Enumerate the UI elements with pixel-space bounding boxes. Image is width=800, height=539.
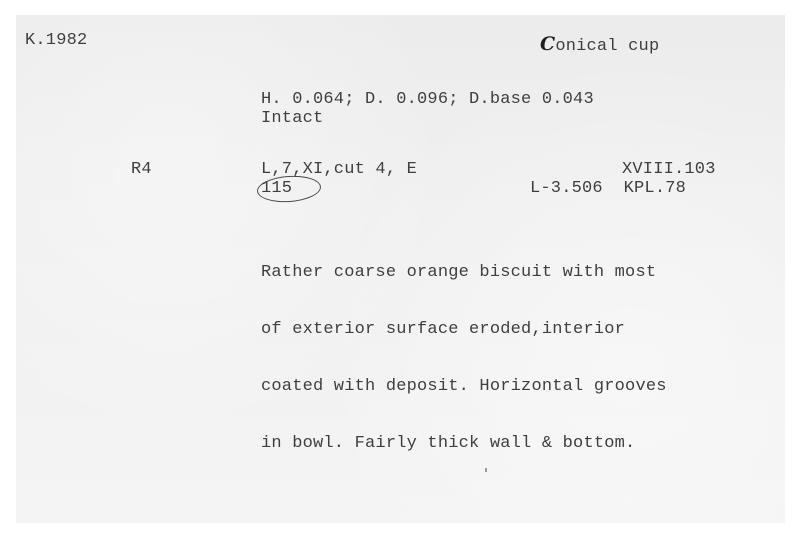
- inventory-number-circled: 115: [261, 179, 292, 198]
- catalog-number: K.1982: [25, 31, 87, 50]
- object-type-rest: onical cup: [555, 37, 659, 56]
- paper-speck: [485, 468, 487, 472]
- description-line: in bowl. Fairly thick wall & bottom.: [261, 434, 667, 453]
- dimensions: H. 0.064; D. 0.096; D.base 0.043: [261, 90, 594, 109]
- condition: Intact: [261, 109, 323, 128]
- lot-and-kpl: L-3.506 KPL.78: [530, 179, 686, 198]
- catalog-card: K.1982 Conical cup H. 0.064; D. 0.096; D…: [16, 15, 785, 523]
- handwritten-initial: C: [540, 33, 555, 55]
- description-line: Rather coarse orange biscuit with most: [261, 263, 667, 282]
- description: Rather coarse orange biscuit with most o…: [261, 225, 667, 491]
- object-type-title: Conical cup: [540, 35, 659, 56]
- plate-reference: XVIII.103: [622, 160, 716, 179]
- rack-location: R4: [131, 160, 152, 179]
- description-line: coated with deposit. Horizontal grooves: [261, 377, 667, 396]
- description-line: of exterior surface eroded,interior: [261, 320, 667, 339]
